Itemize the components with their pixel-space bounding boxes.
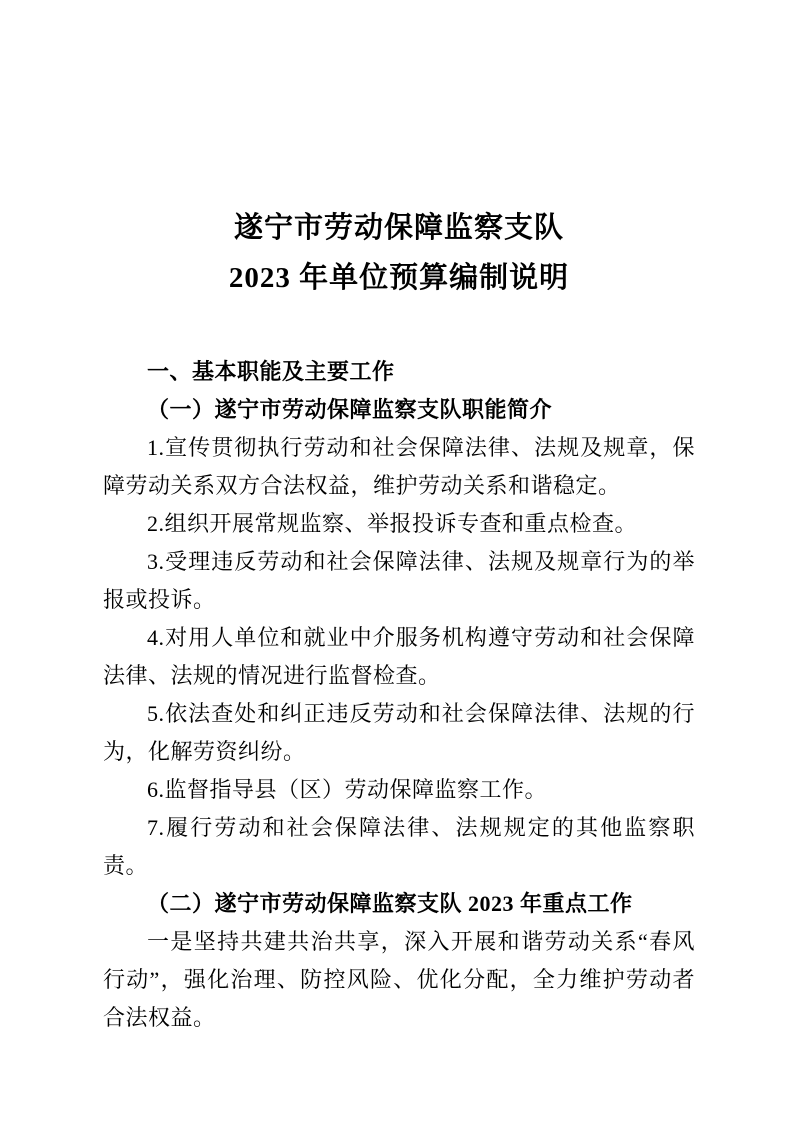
- document-title-line-1: 遂宁市劳动保障监察支队: [103, 203, 695, 253]
- duty-item-3: 3.受理违反劳动和社会保障法律、法规及规章行为的举报或投诉。: [103, 543, 695, 619]
- duty-item-1: 1.宣传贯彻执行劳动和社会保障法律、法规及规章，保障劳动关系双方合法权益，维护劳…: [103, 429, 695, 505]
- section-1-heading: 一、基本职能及主要工作: [103, 353, 695, 391]
- duty-item-7: 7.履行劳动和社会保障法律、法规规定的其他监察职责。: [103, 809, 695, 885]
- keywork-item-1: 一是坚持共建共治共享，深入开展和谐劳动关系“春风行动”，强化治理、防控风险、优化…: [103, 923, 695, 1037]
- document-page: 遂宁市劳动保障监察支队 2023 年单位预算编制说明 一、基本职能及主要工作 （…: [0, 0, 793, 1122]
- duty-item-5: 5.依法查处和纠正违反劳动和社会保障法律、法规的行为，化解劳资纠纷。: [103, 695, 695, 771]
- subsection-2-heading: （二）遂宁市劳动保障监察支队 2023 年重点工作: [103, 885, 695, 923]
- document-title: 遂宁市劳动保障监察支队 2023 年单位预算编制说明: [103, 203, 695, 303]
- subsection-1-heading: （一）遂宁市劳动保障监察支队职能简介: [103, 391, 695, 429]
- document-title-line-2: 2023 年单位预算编制说明: [103, 253, 695, 303]
- duty-item-4: 4.对用人单位和就业中介服务机构遵守劳动和社会保障法律、法规的情况进行监督检查。: [103, 619, 695, 695]
- duty-item-6: 6.监督指导县（区）劳动保障监察工作。: [103, 771, 695, 809]
- duty-item-2: 2.组织开展常规监察、举报投诉专查和重点检查。: [103, 505, 695, 543]
